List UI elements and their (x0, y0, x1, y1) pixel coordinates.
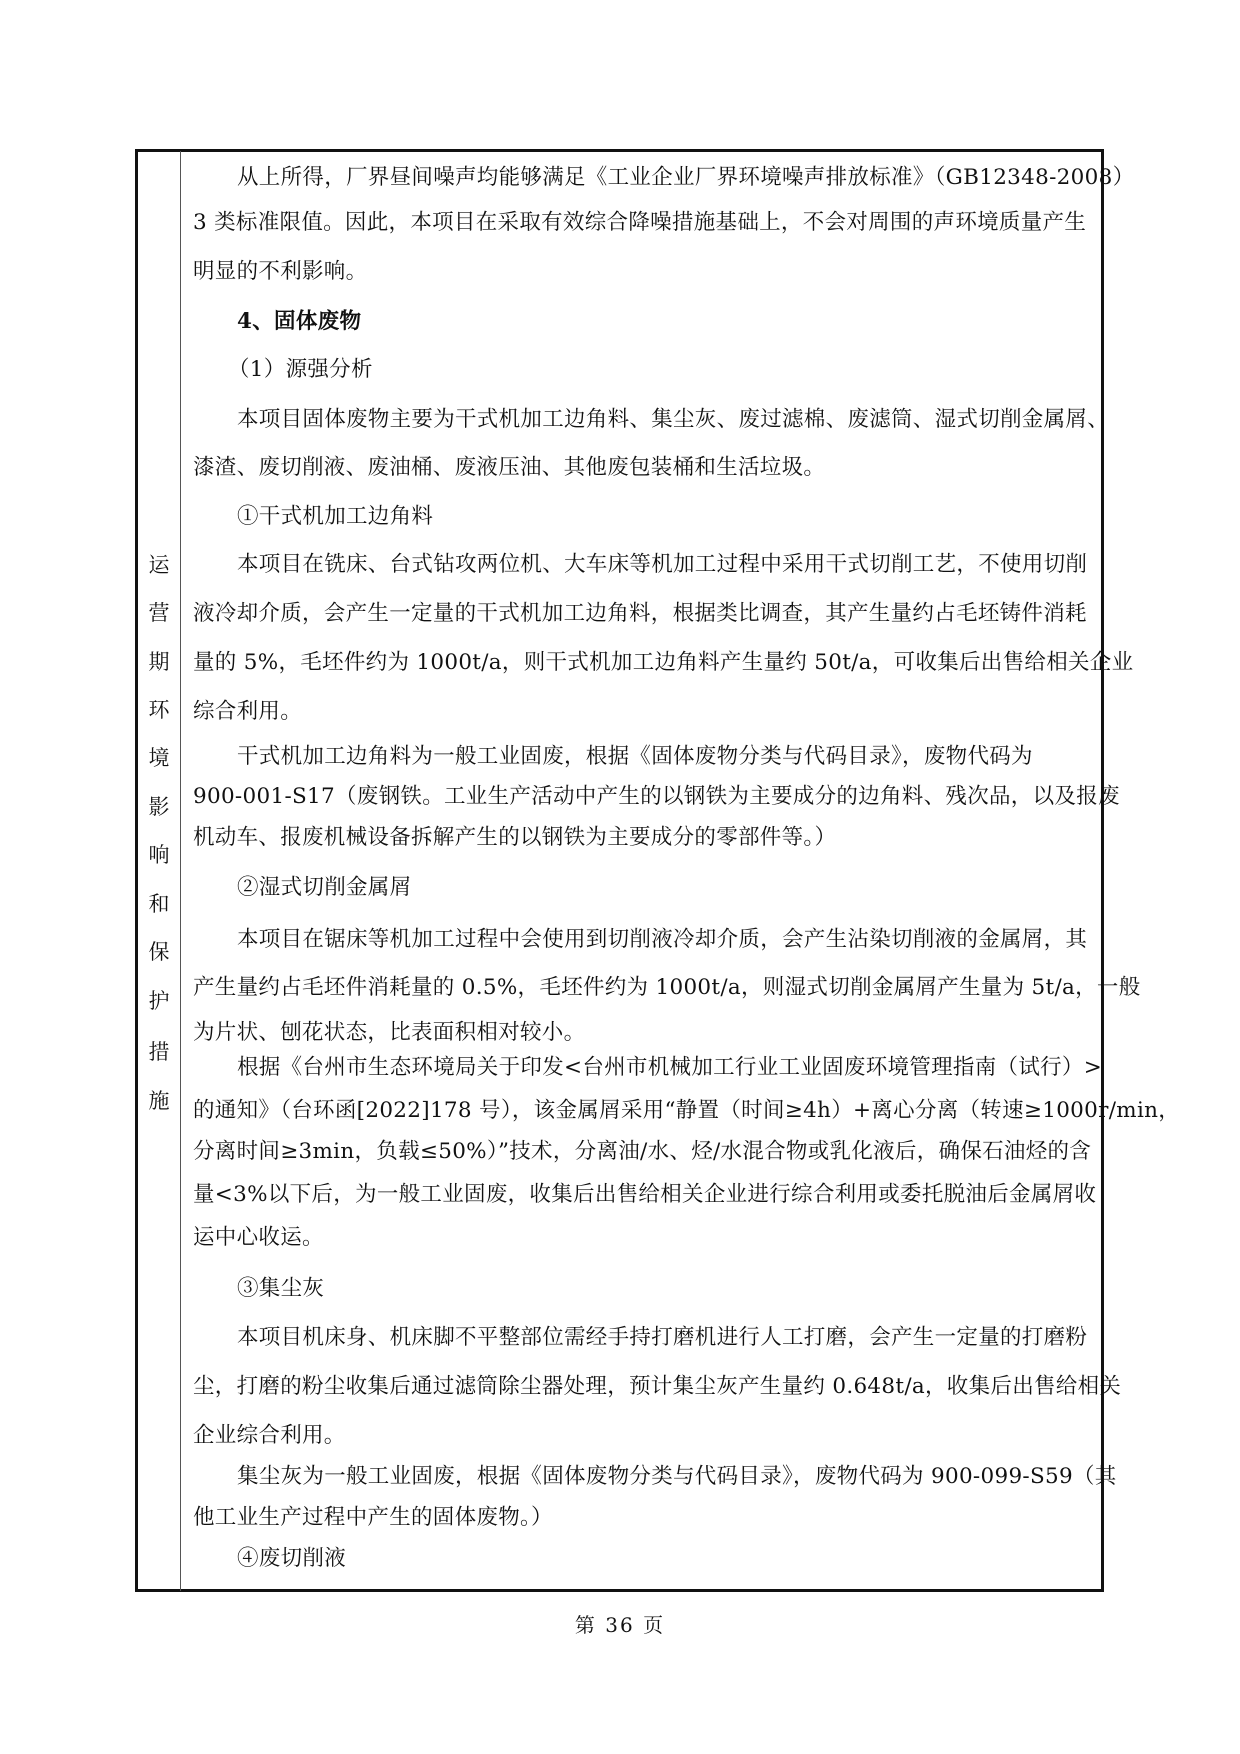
paragraph-line: 尘，打磨的粉尘收集后通过滤筒除尘器处理，预计集尘灰产生量约 0.648t/a，收… (193, 1374, 1121, 1400)
paragraph-line: 本项目固体废物主要为干式机加工边角料、集尘灰、废过滤棉、废滤筒、湿式切削金属屑、 (237, 407, 1109, 433)
paragraph-line: 漆渣、废切削液、废油桶、废液压油、其他废包装桶和生活垃圾。 (193, 455, 825, 481)
side-label-char: 影 (144, 795, 174, 819)
paragraph-line: 液冷却介质，会产生一定量的干式机加工边角料，根据类比调查，其产生量约占毛坯铸件消… (193, 601, 1087, 627)
side-label-char: 保 (144, 940, 174, 964)
paragraph-line: 为片状、刨花状态，比表面积相对较小。 (193, 1020, 585, 1046)
page-number: 第 36 页 (0, 1612, 1240, 1638)
column-divider (180, 151, 181, 1591)
paragraph-line: 本项目在锯床等机加工过程中会使用到切削液冷却介质，会产生沾染切削液的金属屑，其 (237, 927, 1087, 953)
side-label-char: 施 (144, 1089, 174, 1113)
paragraph-line: 3 类标准限值。因此，本项目在采取有效综合降噪措施基础上，不会对周围的声环境质量… (193, 210, 1086, 236)
item-heading-dry-scrap: ①干式机加工边角料 (237, 504, 433, 530)
side-label-char: 措 (144, 1040, 174, 1064)
paragraph-line: 本项目机床身、机床脚不平整部位需经手持打磨机进行人工打磨，会产生一定量的打磨粉 (237, 1325, 1087, 1351)
item-heading-waste-cutting-fluid: ④废切削液 (237, 1546, 346, 1572)
paragraph-noise-conclusion: 从上所得，厂界昼间噪声均能够满足《工业企业厂界环境噪声排放标准》（GB12348… (237, 165, 1134, 191)
paragraph-line: 集尘灰为一般工业固废，根据《固体废物分类与代码目录》，废物代码为 900-099… (237, 1464, 1117, 1490)
subsection-heading-source-analysis: （1）源强分析 (228, 357, 373, 383)
side-label-char: 护 (144, 989, 174, 1013)
paragraph-line: 明显的不利影响。 (193, 259, 367, 285)
side-label-char: 和 (144, 892, 174, 916)
paragraph-line: 根据《台州市生态环境局关于印发<台州市机械加工行业工业固废环境管理指南（试行）> (237, 1055, 1102, 1081)
paragraph-line: 干式机加工边角料为一般工业固废，根据《固体废物分类与代码目录》，废物代码为 (237, 744, 1033, 770)
paragraph-line: 本项目在铣床、台式钻攻两位机、大车床等机加工过程中采用干式切削工艺，不使用切削 (237, 552, 1087, 578)
side-label-char: 期 (144, 650, 174, 674)
item-heading-wet-metal-chips: ②湿式切削金属屑 (237, 875, 411, 901)
paragraph-line: 900-001-S17（废钢铁。工业生产活动中产生的以钢铁为主要成分的边角料、残… (193, 784, 1120, 810)
side-label-char: 营 (144, 601, 174, 625)
paragraph-line: 的通知》（台环函[2022]178 号），该金属屑采用“静置（时间≥4h）+离心… (193, 1098, 1180, 1124)
side-label-char: 运 (144, 553, 174, 577)
paragraph-line: 他工业生产过程中产生的固体废物。） (193, 1505, 553, 1531)
side-label-char: 环 (144, 698, 174, 722)
paragraph-line: 量<3%以下后，为一般工业固废，收集后出售给相关企业进行综合利用或委托脱油后金属… (193, 1182, 1096, 1208)
paragraph-line: 综合利用。 (193, 699, 302, 725)
paragraph-line: 分离时间≥3min，负载≤50%）”技术，分离油/水、烃/水混合物或乳化液后，确… (193, 1139, 1091, 1165)
item-heading-dust-ash: ③集尘灰 (237, 1276, 324, 1302)
paragraph-line: 量的 5%，毛坯件约为 1000t/a，则干式机加工边角料产生量约 50t/a，… (193, 650, 1133, 676)
side-label-char: 响 (144, 843, 174, 867)
side-label-char: 境 (144, 746, 174, 770)
paragraph-line: 企业综合利用。 (193, 1423, 346, 1449)
paragraph-line: 产生量约占毛坯件消耗量的 0.5%，毛坯件约为 1000t/a，则湿式切削金属屑… (193, 975, 1141, 1001)
section-heading-solid-waste: 4、固体废物 (237, 309, 361, 335)
paragraph-line: 运中心收运。 (193, 1225, 324, 1251)
paragraph-line: 机动车、报废机械设备拆解产生的以钢铁为主要成分的零部件等。） (193, 825, 836, 851)
